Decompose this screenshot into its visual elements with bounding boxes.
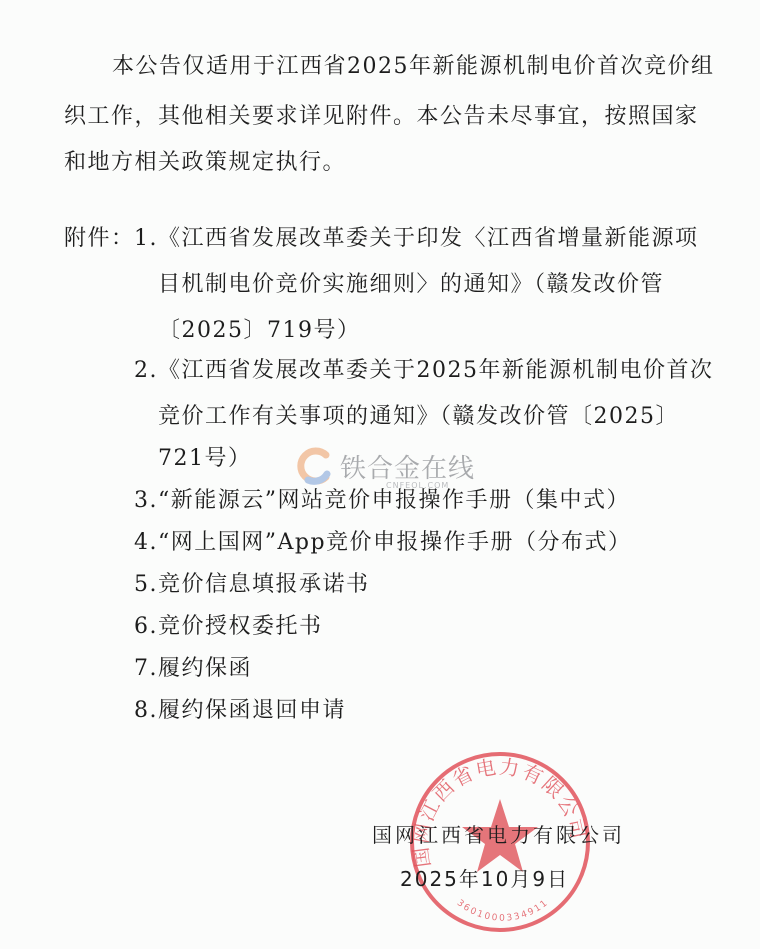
- watermark-text: 铁合金在线: [340, 448, 475, 485]
- attachment-2-line-3: 721号）: [158, 444, 252, 474]
- seal-code: 3601000334911: [455, 898, 551, 924]
- seal-ring-text: 国网江西省电力有限公司: [408, 754, 591, 868]
- attachment-1-line-1: 1.《江西省发展改革委关于印发〈江西省增量新能源项: [134, 224, 699, 254]
- body-paragraph-line-1: 本公告仅适用于江西省2025年新能源机制电价首次竞价组: [112, 52, 715, 82]
- attachment-6: 6.竞价授权委托书: [134, 612, 323, 642]
- attachment-7: 7.履约保函: [134, 654, 252, 684]
- attachment-8: 8.履约保函退回申请: [134, 696, 346, 726]
- watermark-subtext: CNFEOL.COM: [386, 481, 449, 490]
- svg-text:国网江西省电力有限公司: 国网江西省电力有限公司: [408, 754, 591, 868]
- attachment-2-line-1: 2.《江西省发展改革委关于2025年新能源机制电价首次: [134, 356, 713, 386]
- attachment-4: 4.“网上国网”App竞价申报操作手册（分布式）: [134, 528, 632, 558]
- attachments-label: 附件：: [64, 224, 135, 254]
- attachment-3: 3.“新能源云”网站竞价申报操作手册（集中式）: [134, 486, 630, 516]
- body-paragraph-line-3: 和地方相关政策规定执行。: [64, 148, 346, 178]
- c-logo-icon: [296, 447, 334, 485]
- attachment-2-line-2: 竞价工作有关事项的通知》（赣发改价管〔2025〕: [158, 402, 679, 432]
- signature-date: 2025年10月9日: [400, 864, 569, 894]
- attachment-5: 5.竞价信息填报承诺书: [134, 570, 370, 600]
- attachment-1-line-3: 〔2025〕719号）: [158, 316, 360, 346]
- attachment-1-line-2: 目机制电价竞价实施细则〉的通知》（赣发改价管: [158, 270, 664, 300]
- watermark: 铁合金在线 CNFEOL.COM: [296, 447, 475, 485]
- body-paragraph-line-2: 织工作，其他相关要求详见附件。本公告未尽事宜，按照国家: [64, 102, 699, 132]
- svg-text:3601000334911: 3601000334911: [455, 898, 551, 924]
- signature-organization: 国网江西省电力有限公司: [372, 820, 625, 850]
